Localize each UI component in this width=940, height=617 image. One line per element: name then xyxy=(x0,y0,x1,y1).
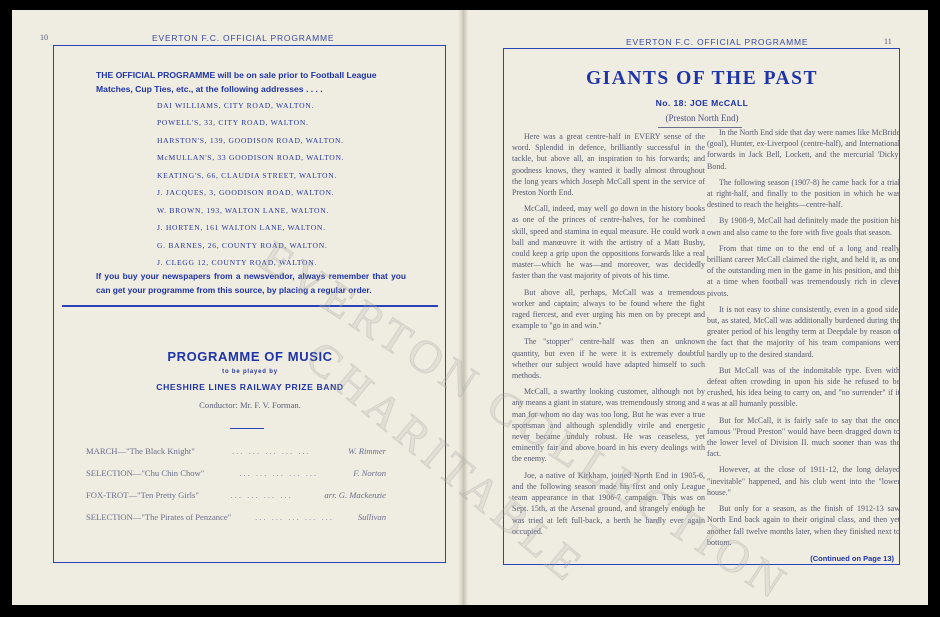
address-line: G. BARNES, 26, COUNTY ROAD, WALTON. xyxy=(157,241,327,250)
music-composer: Sullivan xyxy=(358,512,386,522)
band-name: CHESHIRE LINES RAILWAY PRIZE BAND xyxy=(60,382,440,392)
address-line: POWELL'S, 33, CITY ROAD, WALTON. xyxy=(157,118,309,127)
article-title: GIANTS OF THE PAST xyxy=(503,68,901,90)
address-line: J. JACQUES, 3, GOODISON ROAD, WALTON. xyxy=(157,188,334,197)
running-head-left: EVERTON F.C. OFFICIAL PROGRAMME xyxy=(152,33,334,43)
article-paragraph: Joe, a native of Kirkham, joined North E… xyxy=(512,470,705,537)
conductor-line: Conductor: Mr. F. V. Forman. xyxy=(60,400,440,410)
article-paragraph: Here was a great centre-half in EVERY se… xyxy=(512,131,705,198)
article-column-right: In the North End side that day were name… xyxy=(707,127,900,564)
address-line: HARSTON'S, 139, GOODISON ROAD, WALTON. xyxy=(157,136,344,145)
address-line: KEATING'S, 66, CLAUDIA STREET, WALTON. xyxy=(157,171,337,180)
music-item: SELECTION—"The Pirates of Penzance" ... … xyxy=(86,512,386,522)
article-paragraph: The "stopper" centre-half was then an un… xyxy=(512,336,705,381)
page-number-right: 11 xyxy=(884,37,892,46)
music-composer: W. Rimmer xyxy=(348,446,386,456)
article-subtitle: No. 18: JOE McCALL xyxy=(503,98,901,108)
leader-dots: ... ... ... ... ... xyxy=(195,446,348,456)
leader-dots: ... ... ... ... ... xyxy=(204,468,353,478)
leader-dots: ... ... ... ... ... xyxy=(231,512,358,522)
music-piece: FOX-TROT—"Ten Pretty Girls" xyxy=(86,490,199,500)
article-paragraph: McCall, a swarthy looking customer, alth… xyxy=(512,386,705,464)
section-divider xyxy=(62,305,438,307)
article-paragraph: The following season (1907-8) he came ba… xyxy=(707,177,900,211)
article-paragraph: But for McCall, it is fairly safe to say… xyxy=(707,415,900,460)
music-item: SELECTION—"Chu Chin Chow" ... ... ... ..… xyxy=(86,468,386,478)
leader-dots: ... ... ... ... xyxy=(199,490,325,500)
address-line: McMULLAN'S, 33 GOODISON ROAD, WALTON. xyxy=(157,153,344,162)
address-line: DAI WILLIAMS, CITY ROAD, WALTON. xyxy=(157,101,314,110)
article-column-left: Here was a great centre-half in EVERY se… xyxy=(512,131,705,542)
music-item: FOX-TROT—"Ten Pretty Girls" ... ... ... … xyxy=(86,490,386,500)
article-paragraph: But only for a season, as the finish of … xyxy=(707,503,900,548)
music-piece: SELECTION—"The Pirates of Penzance" xyxy=(86,512,231,522)
article-paragraph: However, at the close of 1911-12, the lo… xyxy=(707,464,900,498)
music-piece: SELECTION—"Chu Chin Chow" xyxy=(86,468,204,478)
sale-notice-intro: THE OFFICIAL PROGRAMME will be on sale p… xyxy=(96,68,406,96)
article-club: (Preston North End) xyxy=(503,113,901,123)
article-paragraph: But McCall was of the indomitable type. … xyxy=(707,365,900,410)
sale-notice-outro: If you buy your newspapers from a newsve… xyxy=(96,269,406,297)
continued-note: (Continued on Page 13) xyxy=(707,553,900,564)
article-paragraph: It is not easy to shine consistently, ev… xyxy=(707,304,900,360)
address-line: J. HORTEN, 161 WALTON LANE, WALTON. xyxy=(157,223,326,232)
address-line: W. BROWN, 193, WALTON LANE, WALTON. xyxy=(157,206,329,215)
music-item: MARCH—"The Black Knight" ... ... ... ...… xyxy=(86,446,386,456)
short-divider xyxy=(230,428,264,429)
music-composer: arr. G. Mackenzie xyxy=(324,490,386,500)
running-head-right: EVERTON F.C. OFFICIAL PROGRAMME xyxy=(626,37,808,47)
article-paragraph: But above all, perhaps, McCall was a tre… xyxy=(512,287,705,332)
article-paragraph: McCall, indeed, may well go down in the … xyxy=(512,203,705,281)
address-line: J. CLEGG 12, COUNTY ROAD, WALTON. xyxy=(157,258,317,267)
music-programme-subtitle: to be played by xyxy=(60,369,440,375)
article-paragraph: From that time on to the end of a long a… xyxy=(707,243,900,299)
music-piece: MARCH—"The Black Knight" xyxy=(86,446,195,456)
article-paragraph: In the North End side that day were name… xyxy=(707,127,900,172)
article-paragraph: By 1908-9, McCall had definitely made th… xyxy=(707,215,900,237)
music-composer: F. Norton xyxy=(353,468,386,478)
page-gutter xyxy=(458,10,468,605)
music-programme-title: PROGRAMME OF MUSIC xyxy=(60,349,440,364)
page-number-left: 10 xyxy=(40,33,48,42)
